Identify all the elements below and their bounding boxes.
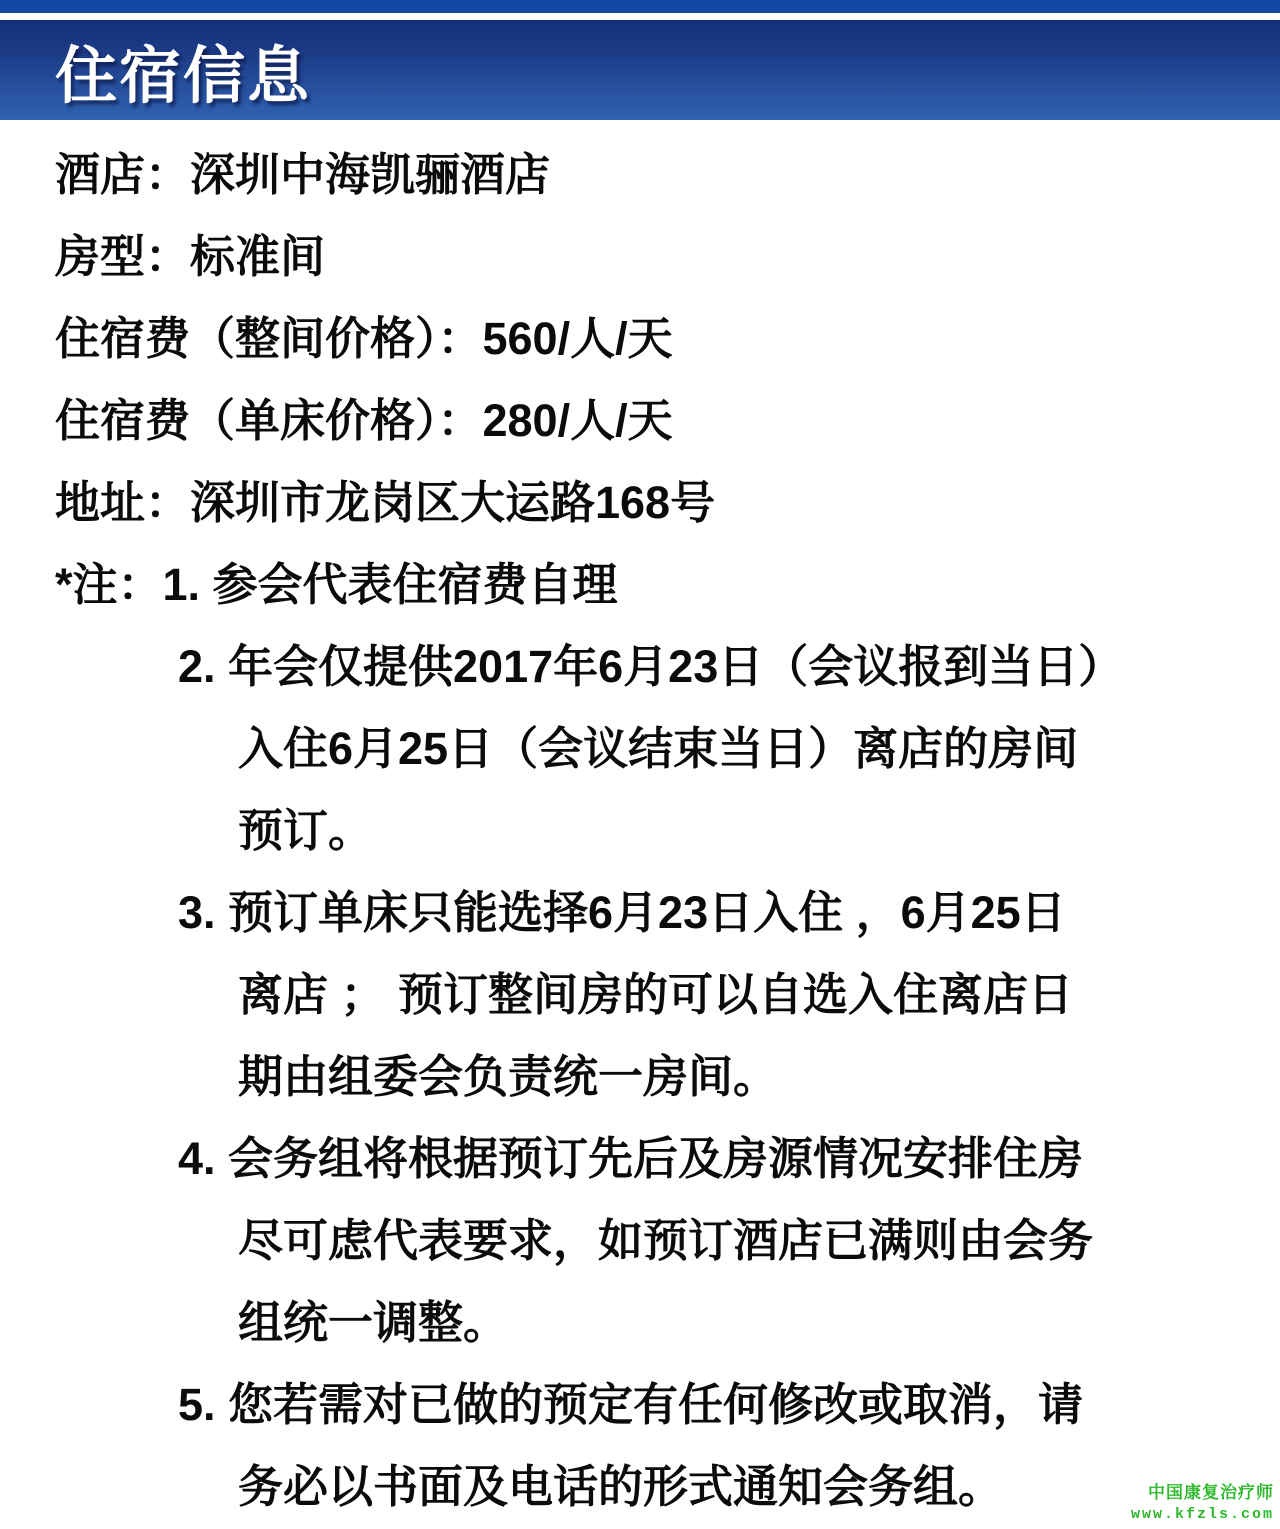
- strip-gap: [0, 13, 1280, 20]
- note-line-12: 务必以书面及电话的形式通知会务组。: [238, 1446, 1250, 1528]
- price-whole-room-line: 住宿费（整间价格）：560/人/天: [55, 298, 1250, 380]
- note-line-11: 5. 您若需对已做的预定有任何修改或取消，请: [178, 1364, 1250, 1446]
- note-line-5: 3. 预订单床只能选择6月23日入住 ，6月25日: [178, 872, 1250, 954]
- note-line-2: 2. 年会仅提供2017年6月23日（会议报到当日）: [178, 626, 1250, 708]
- note-line-6: 离店 ； 预订整间房的可以自选入住离店日: [238, 954, 1250, 1036]
- room-type-line: 房型：标准间: [55, 216, 1250, 298]
- hotel-name-line: 酒店：深圳中海凯骊酒店: [55, 134, 1250, 216]
- watermark-site-url: www.kfzls.com: [1131, 1505, 1274, 1525]
- note-line-3: 入住6月25日（会议结束当日）离店的房间: [238, 708, 1250, 790]
- site-watermark: 中国康复治疗师 www.kfzls.com: [1131, 1482, 1274, 1525]
- page-title: 住宿信息: [55, 26, 311, 115]
- note-line-7: 期由组委会负责统一房间。: [238, 1036, 1250, 1118]
- note-line-4: 预订。: [238, 790, 1250, 872]
- accommodation-info-slide: 住宿信息 酒店：深圳中海凯骊酒店 房型：标准间 住宿费（整间价格）：560/人/…: [0, 0, 1280, 1529]
- top-blue-strip: [0, 0, 1280, 13]
- address-line: 地址：深圳市龙岗区大运路168号: [55, 462, 1250, 544]
- note-line-9: 尽可虑代表要求，如预订酒店已满则由会务: [238, 1200, 1250, 1282]
- note-line-1: *注：1. 参会代表住宿费自理: [55, 544, 1250, 626]
- header-banner: 住宿信息: [0, 20, 1280, 120]
- slide-body: 酒店：深圳中海凯骊酒店 房型：标准间 住宿费（整间价格）：560/人/天 住宿费…: [0, 120, 1280, 1528]
- note-line-8: 4. 会务组将根据预订先后及房源情况安排住房: [178, 1118, 1250, 1200]
- watermark-site-name: 中国康复治疗师: [1131, 1482, 1274, 1505]
- note-line-10: 组统一调整。: [238, 1282, 1250, 1364]
- price-single-bed-line: 住宿费（单床价格）：280/人/天: [55, 380, 1250, 462]
